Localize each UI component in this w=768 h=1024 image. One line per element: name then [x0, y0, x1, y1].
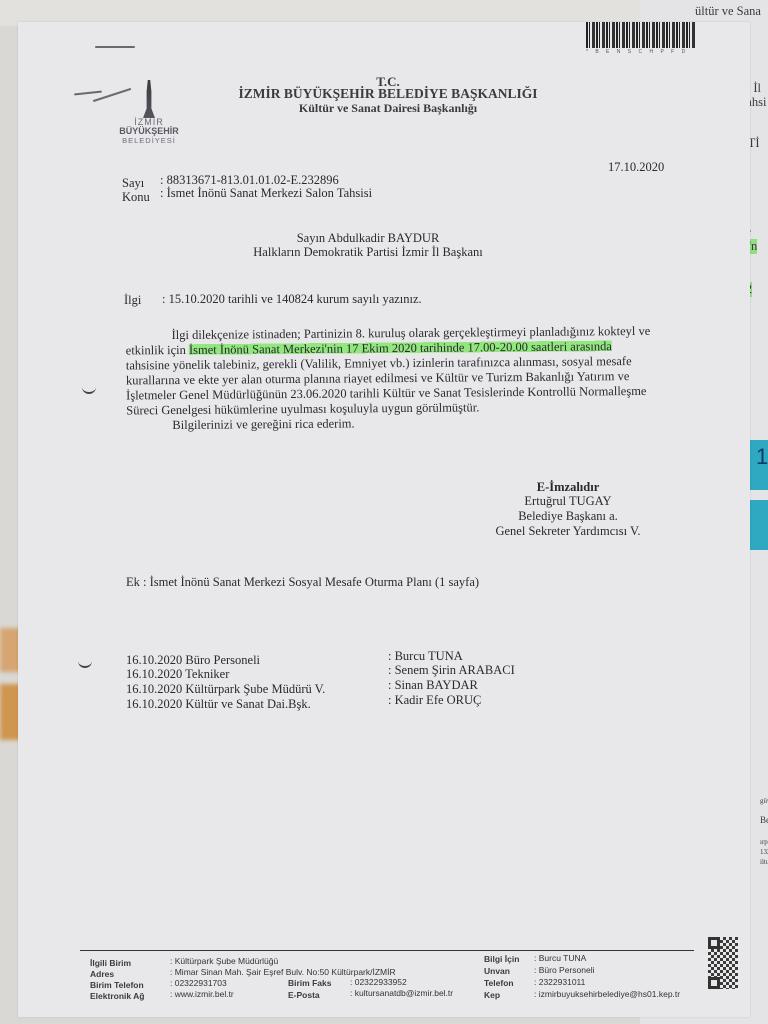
hole-punch-mark: [78, 658, 92, 668]
footer-link[interactable]: : www.izmir.bel.tr: [170, 989, 234, 1000]
footer-value: : 2322931011: [534, 977, 585, 988]
hole-punch-mark: [82, 384, 96, 394]
barcode-text: * B E N S C H P F D: [586, 49, 688, 55]
sticky-tab-number: 1: [756, 444, 768, 470]
clock-tower-icon: [143, 80, 155, 118]
footer-divider: [80, 950, 694, 951]
body-text: etkinlik için: [126, 343, 189, 358]
konu-value: : İsmet İnönü Sanat Merkezi Salon Tahsis…: [160, 186, 372, 201]
approval-entry: 16.10.2020 Büro Personeli: [126, 653, 260, 668]
approval-name: : Sinan BAYDAR: [388, 678, 478, 693]
footer-label: Unvan: [484, 966, 510, 976]
footer-value: : Kültürpark Şube Müdürlüğü: [170, 956, 278, 967]
footer-label: Elektronik Ağ: [90, 991, 144, 1001]
barcode: [586, 22, 696, 48]
footer-email-link[interactable]: : kultursanatdb@izmir.bel.tr: [350, 988, 453, 999]
footer-label: E-Posta: [288, 990, 320, 1000]
footer-value: : Büro Personeli: [534, 965, 594, 976]
document-date: 17.10.2020: [608, 160, 664, 175]
footer-value: : Burcu TUNA: [534, 953, 586, 964]
recipient-name: Sayın Abdulkadir BAYDUR: [218, 231, 518, 246]
sayi-label: Sayı: [122, 176, 144, 191]
signer-name: Ertuğrul TUGAY: [468, 494, 668, 508]
header-department: Kültür ve Sanat Dairesi Başkanlığı: [218, 101, 558, 116]
back-page-text: güven: [760, 797, 768, 805]
footer-kep-link[interactable]: : izmirbuyuksehirbelediye@hs01.kep.tr: [534, 989, 680, 1000]
back-page-text: Be: [760, 815, 768, 825]
konu-label: Konu: [122, 190, 150, 205]
footer-value: : 02322933952: [350, 977, 407, 988]
logo-text: BELEDİYESİ: [114, 136, 184, 145]
back-page-text: 13229: [760, 848, 768, 856]
footer-value: : 02322931703: [170, 978, 227, 989]
footer-label: Adres: [90, 969, 114, 979]
signer-role: Belediye Başkanı a.: [468, 509, 668, 523]
document-page: * B E N S C H P F D İZMİR BÜYÜKŞEHİR BEL…: [18, 22, 750, 1017]
approval-entry: 16.10.2020 Kültür ve Sanat Dai.Bşk.: [126, 697, 311, 712]
ilgi-label: İlgi: [124, 293, 141, 308]
logo-text: BÜYÜKŞEHİR: [114, 127, 184, 136]
footer-label: Bilgi İçin: [484, 954, 519, 964]
approval-entry: 16.10.2020 Tekniker: [126, 667, 229, 682]
ilgi-value: : 15.10.2020 tarihli ve 140824 kurum say…: [162, 292, 422, 307]
back-page-text: iltursa: [760, 858, 768, 866]
approval-name: : Senem Şirin ARABACI: [388, 663, 515, 678]
header-institution: İZMİR BÜYÜKŞEHİR BELEDİYE BAŞKANLIĞI: [218, 86, 558, 102]
qr-code: [708, 937, 738, 989]
footer-label: İlgili Birim: [90, 958, 131, 968]
footer-label: Telefon: [484, 978, 514, 988]
back-page-text: ültür ve Sana: [695, 4, 761, 19]
signer-role: Genel Sekreter Yardımcısı V.: [468, 524, 668, 538]
footer-label: Kep: [484, 990, 500, 1000]
approval-name: : Burcu TUNA: [388, 649, 463, 664]
recipient-title: Halkların Demokratik Partisi İzmir İl Ba…: [218, 245, 518, 260]
staple-mark: [74, 91, 102, 96]
footer-label: Birim Faks: [288, 978, 331, 988]
approval-name: : Kadir Efe ORUÇ: [388, 693, 481, 708]
approval-entry: 16.10.2020 Kültürpark Şube Müdürü V.: [126, 682, 325, 697]
e-signature-status: E-İmzalıdır: [468, 480, 668, 494]
footer-label: Birim Telefon: [90, 980, 144, 990]
staple-mark: [95, 46, 135, 48]
izmir-municipality-logo: İZMİR BÜYÜKŞEHİR BELEDİYESİ: [114, 80, 184, 145]
attachment-note: Ek : İsmet İnönü Sanat Merkezi Sosyal Me…: [126, 575, 479, 590]
back-page-text: ırpark: [760, 838, 768, 846]
body-paragraph: İlgi dilekçenize istinaden; Partinizin 8…: [126, 324, 687, 434]
